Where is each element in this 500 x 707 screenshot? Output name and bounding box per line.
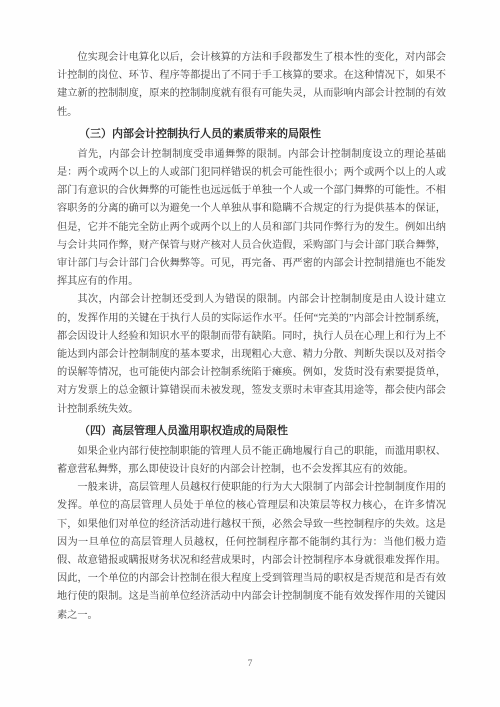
section-heading-three: （三）内部会计控制执行人员的素质带来的局限性 xyxy=(57,124,446,144)
paragraph-human-error-limit: 其次，内部会计控制还受到人为错误的限制。内部会计控制制度是由人设计建立的，发挥作… xyxy=(57,291,446,418)
paragraph-collusion-limit: 首先，内部会计控制制度受串通舞弊的限制。内部会计控制制度设立的理论基础是：两个或… xyxy=(57,146,446,292)
paragraph-abuse-detail: 一般来讲，高层管理人员越权行使职能的行为大大限制了内部会计控制制度作用的发挥。单… xyxy=(57,479,446,625)
section-heading-four: （四）高层管理人员滥用职权造成的局限性 xyxy=(57,421,446,441)
paragraph-continuation: 位实现会计电算化以后，会计核算的方法和手段都发生了根本性的变化，对内部会计控制的… xyxy=(57,49,446,122)
document-page: 位实现会计电算化以后，会计核算的方法和手段都发生了根本性的变化，对内部会计控制的… xyxy=(0,0,500,707)
document-body: 位实现会计电算化以后，会计核算的方法和手段都发生了根本性的变化，对内部会计控制的… xyxy=(57,49,446,625)
page-number: 7 xyxy=(0,659,500,669)
paragraph-abuse-intro: 如果企业内部行使控制职能的管理人员不能正确地履行自己的职能，而滥用职权、蓄意营私… xyxy=(57,443,446,479)
